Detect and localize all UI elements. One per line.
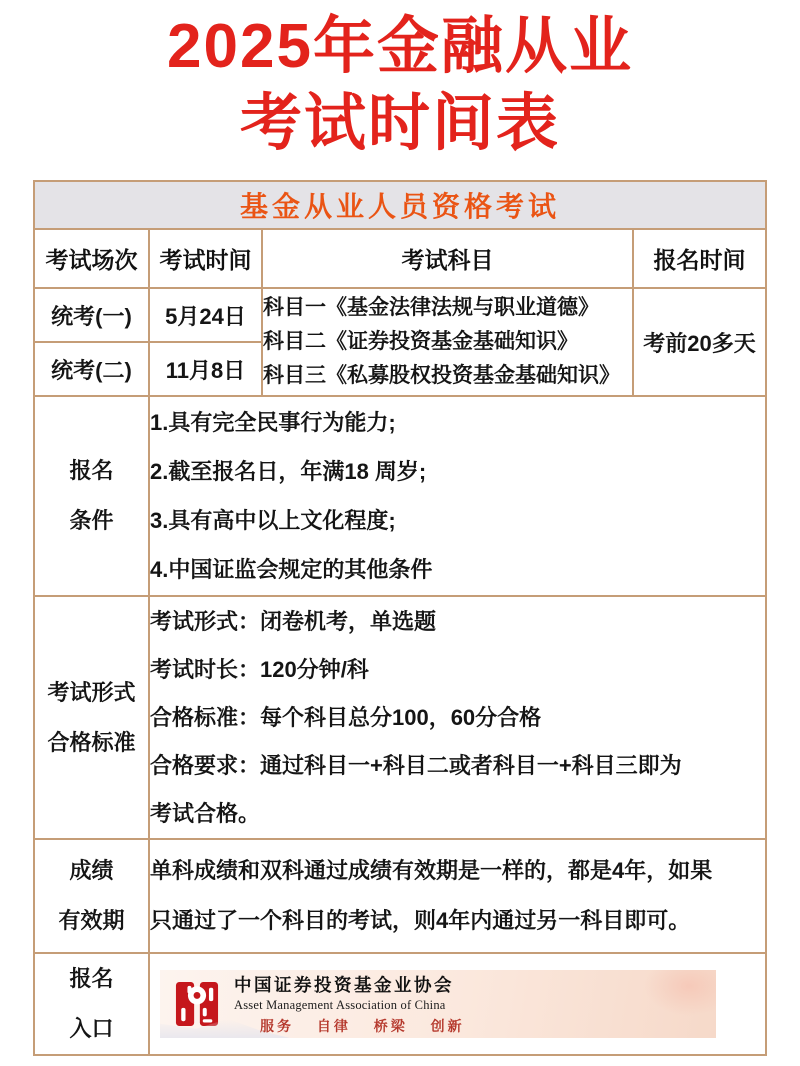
amac-seal-icon (175, 980, 219, 1028)
amac-banner-text: 中国证券投资基金业协会 Asset Management Association… (234, 972, 465, 1036)
subject-3: 科目三《私募股权投资基金基础知识》 (263, 359, 632, 393)
date-1: 5月24日 (149, 288, 262, 342)
session-2: 统考(二) (34, 342, 149, 396)
format-line-1: 考试形式：闭卷机考，单选题 (150, 598, 765, 646)
conditions-content: 1.具有完全民事行为能力; 2.截至报名日，年满18 周岁; 3.具有高中以上文… (149, 396, 766, 596)
registration-entry-cell: 中国证券投资基金业协会 Asset Management Association… (149, 953, 766, 1055)
table-row-registration-entry: 报名 入口 (34, 953, 766, 1055)
table-row-score-validity: 成绩 有效期 单科成绩和双科通过成绩有效期是一样的，都是4年，如果 只通过了一个… (34, 839, 766, 953)
condition-3: 3.具有高中以上文化程度; (150, 496, 765, 545)
column-header-row: 考试场次 考试时间 考试科目 报名时间 (34, 229, 766, 288)
score-validity-label: 成绩 有效期 (34, 839, 149, 953)
page-title-line1: 2025年金融从业 (0, 8, 800, 85)
amac-banner: 中国证券投资基金业协会 Asset Management Association… (160, 970, 716, 1038)
col-header-subjects: 考试科目 (262, 229, 633, 288)
col-header-session: 考试场次 (34, 229, 149, 288)
poster: 2025年金融从业 考试时间表 基金从业人员资格考试 考试场次 考试时间 考试科… (0, 0, 800, 1066)
amac-name-cn: 中国证券投资基金业协会 (234, 972, 465, 997)
section-header: 基金从业人员资格考试 (34, 181, 766, 229)
format-line-5: 考试合格。 (150, 790, 765, 838)
conditions-label: 报名 条件 (34, 396, 149, 596)
format-standard-content: 考试形式：闭卷机考，单选题 考试时长：120分钟/科 合格标准：每个科目总分10… (149, 596, 766, 839)
condition-1: 1.具有完全民事行为能力; (150, 398, 765, 447)
page-title: 2025年金融从业 考试时间表 (0, 0, 800, 162)
registration-entry-label: 报名 入口 (34, 953, 149, 1055)
session-1: 统考(一) (34, 288, 149, 342)
format-line-2: 考试时长：120分钟/科 (150, 646, 765, 694)
date-2: 11月8日 (149, 342, 262, 396)
table-row-exam-1: 统考(一) 5月24日 科目一《基金法律法规与职业道德》 科目二《证券投资基金基… (34, 288, 766, 342)
table-row-conditions: 报名 条件 1.具有完全民事行为能力; 2.截至报名日，年满18 周岁; 3.具… (34, 396, 766, 596)
format-line-4: 合格要求：通过科目一+科目二或者科目一+科目三即为 (150, 742, 765, 790)
subject-1: 科目一《基金法律法规与职业道德》 (263, 291, 632, 325)
amac-slogan: 服务 自律 桥梁 创新 (260, 1016, 465, 1036)
pink-blob-decoration (644, 970, 716, 1016)
table-row-format-standard: 考试形式 合格标准 考试形式：闭卷机考，单选题 考试时长：120分钟/科 合格标… (34, 596, 766, 839)
validity-line-2: 只通过了一个科目的考试，则4年内通过另一科目即可。 (150, 896, 765, 946)
subject-2: 科目二《证券投资基金基础知识》 (263, 325, 632, 359)
format-line-3: 合格标准：每个科目总分100，60分合格 (150, 694, 765, 742)
subjects-cell: 科目一《基金法律法规与职业道德》 科目二《证券投资基金基础知识》 科目三《私募股… (262, 288, 633, 396)
col-header-registration: 报名时间 (633, 229, 766, 288)
table-section-header-row: 基金从业人员资格考试 (34, 181, 766, 229)
amac-name-en: Asset Management Association of China (234, 998, 465, 1013)
condition-2: 2.截至报名日，年满18 周岁; (150, 447, 765, 496)
exam-schedule-table: 基金从业人员资格考试 考试场次 考试时间 考试科目 报名时间 统考(一) 5月2… (33, 180, 767, 1056)
col-header-date: 考试时间 (149, 229, 262, 288)
validity-line-1: 单科成绩和双科通过成绩有效期是一样的，都是4年，如果 (150, 846, 765, 896)
page-title-line2: 考试时间表 (0, 85, 800, 162)
score-validity-content: 单科成绩和双科通过成绩有效期是一样的，都是4年，如果 只通过了一个科目的考试，则… (149, 839, 766, 953)
registration-time-cell: 考前20多天 (633, 288, 766, 396)
format-standard-label: 考试形式 合格标准 (34, 596, 149, 839)
condition-4: 4.中国证监会规定的其他条件 (150, 545, 765, 594)
